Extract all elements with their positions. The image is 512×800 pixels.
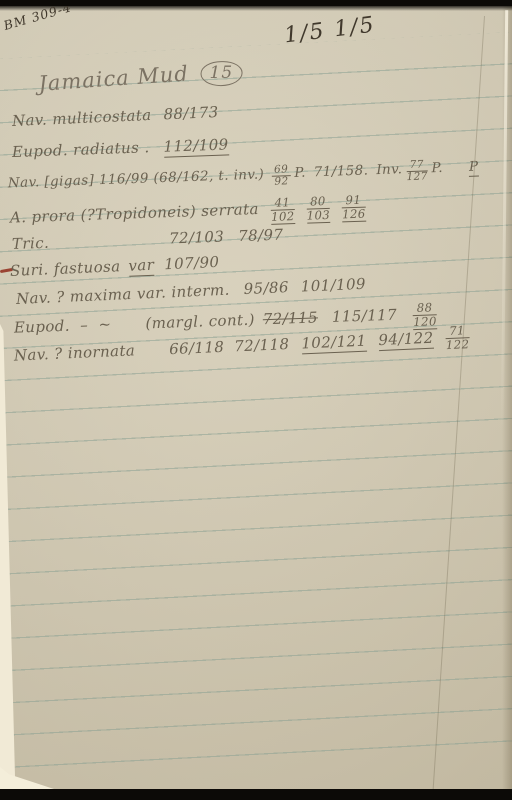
entry-text: 101/109 (300, 275, 366, 296)
entry-text: 72/118 (234, 335, 290, 355)
entry-text: Inv. (376, 162, 402, 179)
notebook-page: BM 309-4 1/5 1/5 Jamaica Mud15 Nav. mult… (0, 6, 512, 789)
sample-title-text: Jamaica Mud (38, 61, 190, 95)
stacked-fraction: 91126 (341, 194, 365, 223)
entry-text: var (128, 256, 155, 277)
entry-text: 112/109 (163, 135, 229, 157)
entry-text: 94/122 (378, 328, 434, 350)
entry-text: 72/103 (169, 228, 225, 248)
entry-text: 72/115 (262, 308, 318, 328)
entry-text: 88/173 (163, 103, 219, 123)
entry-text: (margl. cont.) (145, 310, 255, 332)
entry-text: Suri. fastuosa (10, 257, 121, 280)
entry-text: Tric. (12, 234, 50, 253)
entry-text: 71/158. (313, 163, 368, 181)
stacked-fraction: 80103 (306, 195, 330, 224)
entry-text: P (469, 159, 479, 177)
stacked-fraction: 6992 (272, 164, 291, 188)
entry-text: Eupod. radiatus . (12, 138, 150, 161)
stacked-fraction: 77127 (406, 159, 428, 183)
entry-text: 78/97 (238, 226, 284, 246)
entry-text: A. prora (?Tropidoneis) serrata (10, 200, 260, 227)
entry-text: 115/117 (332, 305, 398, 325)
entry-text: Nav. ? inornata (14, 341, 136, 364)
entry-text: P. (431, 160, 443, 176)
top-edge-shadow (0, 6, 512, 11)
circled-page-number: 15 (201, 61, 243, 86)
entry-text: P. (294, 165, 306, 181)
entry-text: 107/90 (164, 253, 220, 273)
entry-text: 102/121 (301, 331, 367, 354)
entry-text: Eupod. – ~ (14, 315, 112, 336)
entry-text: 95/86 (243, 278, 289, 298)
stacked-fraction: 71122 (445, 324, 470, 351)
entry-text: 66/118 (169, 337, 225, 357)
stacked-fraction: 41102 (270, 196, 294, 225)
